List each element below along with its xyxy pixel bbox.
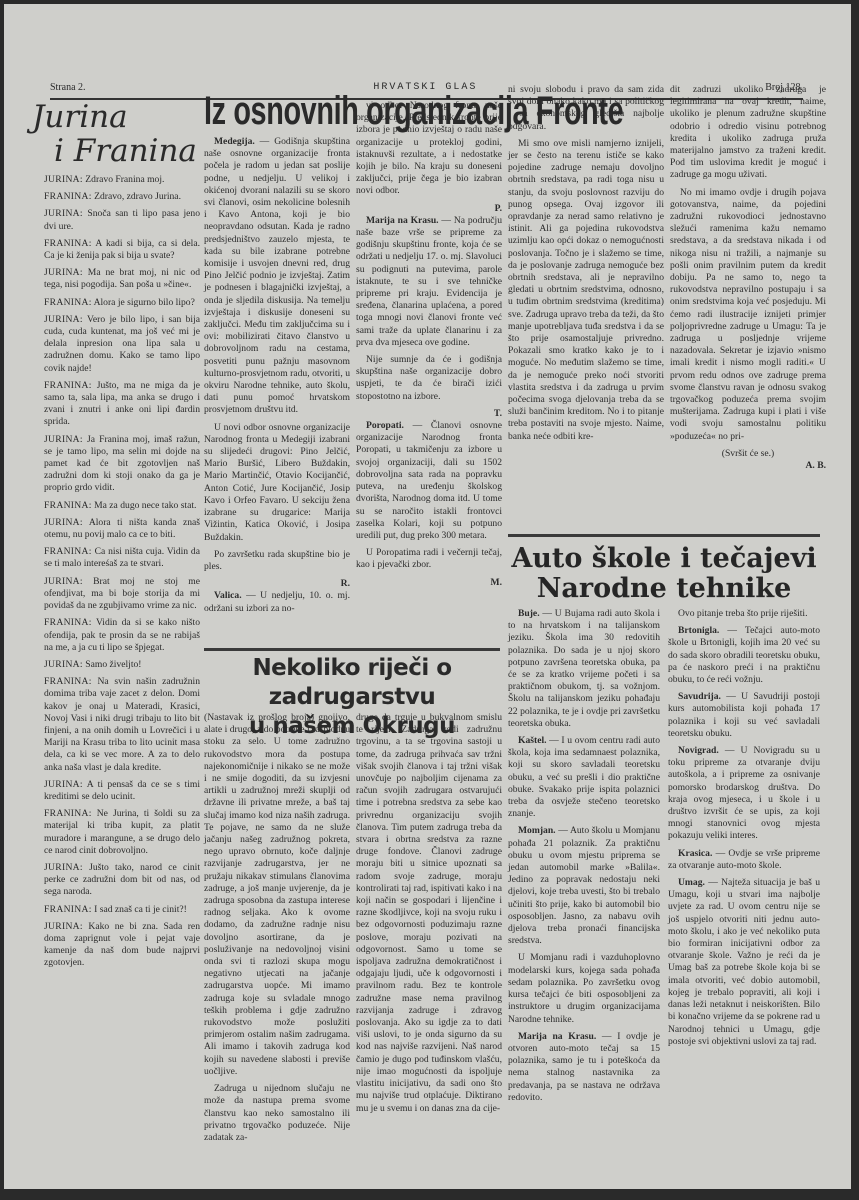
jurina-title-line1: Jurina xyxy=(32,100,200,134)
speaker-name: JURINA: xyxy=(44,208,83,219)
dialogue-line: JURINA: Zdravo Franina moj. xyxy=(32,174,200,186)
speaker-name: FRANINA: xyxy=(44,904,92,915)
item-text: Nije sumnje da će i godišnja skupština n… xyxy=(356,354,502,402)
paragraph: No mi imamo ovdje i drugih pojava gotova… xyxy=(670,187,826,443)
item-text: — Najteža situacija je baš u Umagu, koji… xyxy=(668,877,820,1047)
place-name: Poropati. xyxy=(366,420,404,431)
news-item: U Poropatima radi i večernji tečaj, kao … xyxy=(356,547,502,571)
item-text: vi odbor Narodnog fronta naše organizaci… xyxy=(356,100,502,196)
dialogue-text: Ma za dugo nece tako stat. xyxy=(92,500,197,511)
paragraph: (Nastavak iz prošlog broja) gnojivo, ala… xyxy=(204,712,350,1078)
auto-col2: Ovo pitanje treba što prije riješiti.Brt… xyxy=(668,608,820,1053)
speaker-name: JURINA: xyxy=(44,659,83,670)
dialogue-text: Alora je sigurno bilo lipo? xyxy=(92,297,195,308)
dialogue-line: FRANINA: Jušto, ma ne miga da je samo ta… xyxy=(32,380,200,429)
item-text: Ovo pitanje treba što prije riješiti. xyxy=(678,608,807,619)
dialogue-line: FRANINA: Ma za dugo nece tako stat. xyxy=(32,500,200,512)
dialogue-line: JURINA: Ma ne brat moj, ni nic od tega, … xyxy=(32,267,200,291)
news-item: Marija na Krasu. — I ovdje je otvoren au… xyxy=(508,1031,660,1104)
paragraph: Zadruga u nijednom slučaju ne može da na… xyxy=(204,1083,350,1144)
page-number: Strana 2. xyxy=(50,82,86,98)
paragraph: druge da trguje u bukvalnom smislu te ri… xyxy=(356,712,502,1115)
dialogue-text: Samo živeljto! xyxy=(83,659,142,670)
news-item: U novi odbor osnovne organizacije Narodn… xyxy=(204,422,350,544)
speaker-name: FRANINA: xyxy=(44,808,92,819)
item-text: — U Bujama radi auto škola i to na hrvat… xyxy=(508,608,660,729)
dialogue-line: JURINA: Brat moj ne stoj me ofendjivat, … xyxy=(32,576,200,613)
auto-title-line2: Narodne tehnike xyxy=(508,574,820,604)
paragraph: dit zadruzi ukoliko zadruga je legitimir… xyxy=(670,84,826,182)
nekoliko-title-line1: Nekoliko riječi o zadrugarstvu xyxy=(202,654,502,712)
speaker-name: FRANINA: xyxy=(44,238,92,249)
news-item: Buje. — U Bujama radi auto škola i to na… xyxy=(508,608,660,730)
news-item: Savudrija. — U Savudriji postoji kurs au… xyxy=(668,691,820,740)
speaker-name: JURINA: xyxy=(44,434,83,445)
place-name: Buje. xyxy=(518,608,540,619)
news-item: Po završetku rada skupštine bio je ples. xyxy=(204,549,350,573)
dialogue-text: Zdravo Franina moj. xyxy=(83,174,165,185)
item-text: — Na području naše baze vrše se pripreme… xyxy=(356,215,502,348)
jurina-title-line2: i Franina xyxy=(32,134,200,168)
zadruge-cont-col1: ni svoju slobodu i pravo da sam zida svo… xyxy=(508,84,664,448)
news-item: vi odbor Narodnog fronta naše organizaci… xyxy=(356,100,502,198)
speaker-name: JURINA: xyxy=(44,314,83,325)
item-signature: T. xyxy=(356,408,502,420)
news-item: Novigrad. — U Novigradu su u toku pripre… xyxy=(668,745,820,843)
paragraph: ni svoju slobodu i pravo da sam zida svo… xyxy=(508,84,664,133)
jurina-franina-article: Jurina i Franina JURINA: Zdravo Franina … xyxy=(32,100,200,975)
place-name: Savudrija. xyxy=(678,691,721,702)
dialogue-text: Na svin našin zadružnin domima triba vaj… xyxy=(44,676,200,772)
speaker-name: FRANINA: xyxy=(44,191,92,202)
item-text: — I u ovom centru radi auto škola, koja … xyxy=(508,735,660,819)
speaker-name: JURINA: xyxy=(44,174,83,185)
item-text: U Momjanu radi i vazduhoplovno modelarsk… xyxy=(508,952,660,1024)
dialogue-line: JURINA: Samo živeljto! xyxy=(32,659,200,671)
news-item: Brtonigla. — Tečajci auto-moto škole u B… xyxy=(668,625,820,686)
item-text: — U Novigradu su u toku pripreme za otva… xyxy=(668,745,820,841)
dialogue-line: JURINA: Kako ne bi zna. Sada ren doma za… xyxy=(32,921,200,970)
item-text: — Godišnja skupština naše osnovne organi… xyxy=(204,136,350,415)
item-text: U Poropatima radi i večernji tečaj, kao … xyxy=(356,547,502,570)
item-signature: P. xyxy=(356,203,502,215)
dialogue-line: FRANINA: Zdravo, zdravo Jurina. xyxy=(32,191,200,203)
dialogue-line: JURINA: A ti pensaš da ce se s timi kred… xyxy=(32,779,200,803)
dialogue-line: JURINA: Alora ti ništa kanda znaš otemu,… xyxy=(32,517,200,541)
news-item: Valica. — U nedjelju, 10. o. mj. održani… xyxy=(204,590,350,614)
dialogue-line: FRANINA: A kadi si bija, ca si dela. Ca … xyxy=(32,238,200,262)
newspaper-page: Strana 2. HRVATSKI GLAS Broj 128. Jurina… xyxy=(4,4,851,1189)
dialogue-text: I sad znaš ca ti je cinit?! xyxy=(92,904,187,915)
place-name: Umag. xyxy=(678,877,705,888)
zadruge-cont-col2: dit zadruzi ukoliko zadruga je legitimir… xyxy=(670,84,826,472)
news-item: Ovo pitanje treba što prije riješiti. xyxy=(668,608,820,620)
speaker-name: FRANINA: xyxy=(44,617,92,628)
item-text: — Članovi osnovne organizacije Narodnog … xyxy=(356,420,502,541)
news-item: Kaštel. — I u ovom centru radi auto škol… xyxy=(508,735,660,820)
auto-title-line1: Auto škole i tečajevi xyxy=(508,544,820,574)
item-text: Po završetku rada skupštine bio je ples. xyxy=(204,549,350,572)
news-item: Krasica. — Ovdje se vrše pripreme za otv… xyxy=(668,848,820,872)
news-item: Nije sumnje da će i godišnja skupština n… xyxy=(356,354,502,403)
dialogue-line: FRANINA: I sad znaš ca ti je cinit?! xyxy=(32,904,200,916)
dialogue-line: FRANINA: Ne Jurina, ti šoldi su za mater… xyxy=(32,808,200,857)
place-name: Momjan. xyxy=(518,825,556,836)
place-name: Marija na Krasu. xyxy=(518,1031,596,1042)
speaker-name: FRANINA: xyxy=(44,676,92,687)
place-name: Valica. xyxy=(214,590,242,601)
author-signature: A. B. xyxy=(670,460,826,472)
dialogue-line: JURINA: Snoča san ti lipo pasa jeno dvi … xyxy=(32,208,200,232)
dialogue-line: FRANINA: Na svin našin zadružnin domima … xyxy=(32,676,200,774)
news-item: U Momjanu radi i vazduhoplovno modelarsk… xyxy=(508,952,660,1025)
place-name: Kaštel. xyxy=(518,735,547,746)
divider-rule xyxy=(204,648,500,651)
speaker-name: FRANINA: xyxy=(44,297,92,308)
place-name: Medegija. xyxy=(214,136,255,147)
dialogue-line: JURINA: Jušto tako, narod ce cinit perke… xyxy=(32,862,200,899)
speaker-name: JURINA: xyxy=(44,921,83,932)
speaker-name: JURINA: xyxy=(44,517,83,528)
paragraph: Mi smo ove misli namjerno iznijeli, jer … xyxy=(508,138,664,443)
item-text: — Auto školu u Momjanu pohađa 21 polazni… xyxy=(508,825,660,946)
speaker-name: FRANINA: xyxy=(44,546,92,557)
dialogue-line: JURINA: Ja Franina moj, imaš ražun, se j… xyxy=(32,434,200,495)
news-item: Momjan. — Auto školu u Momjanu pohađa 21… xyxy=(508,825,660,947)
auto-col1: Buje. — U Bujama radi auto škola i to na… xyxy=(508,608,660,1109)
speaker-name: JURINA: xyxy=(44,779,83,790)
place-name: Novigrad. xyxy=(678,745,719,756)
fronte-col2: vi odbor Narodnog fronta naše organizaci… xyxy=(356,100,502,589)
news-item: Marija na Krasu. — Na području naše baze… xyxy=(356,215,502,349)
nekoliko-col2: druge da trguje u bukvalnom smislu te ri… xyxy=(356,712,502,1120)
item-signature: R. xyxy=(204,578,350,590)
speaker-name: FRANINA: xyxy=(44,500,92,511)
item-text: U novi odbor osnovne organizacije Narodn… xyxy=(204,422,350,543)
speaker-name: JURINA: xyxy=(44,576,83,587)
place-name: Krasica. xyxy=(678,848,712,859)
dialogue-line: FRANINA: Ca nisi ništa cuja. Vidin da se… xyxy=(32,546,200,570)
nekoliko-col1: (Nastavak iz prošlog broja) gnojivo, ala… xyxy=(204,712,350,1149)
speaker-name: JURINA: xyxy=(44,267,83,278)
place-name: Brtonigla. xyxy=(678,625,719,636)
speaker-name: JURINA: xyxy=(44,862,83,873)
news-item: Medegija. — Godišnja skupština naše osno… xyxy=(204,136,350,417)
item-signature: M. xyxy=(356,577,502,589)
fronte-col1: Medegija. — Godišnja skupština naše osno… xyxy=(204,136,350,620)
divider-rule xyxy=(508,534,820,537)
continuation-note: (Svršit će se.) xyxy=(670,448,826,460)
place-name: Marija na Krasu. xyxy=(366,215,439,226)
speaker-name: FRANINA: xyxy=(44,380,92,391)
dialogue-list: JURINA: Zdravo Franina moj.FRANINA: Zdra… xyxy=(32,174,200,970)
news-item: Umag. — Najteža situacija je baš u Umagu… xyxy=(668,877,820,1048)
dialogue-line: FRANINA: Alora je sigurno bilo lipo? xyxy=(32,297,200,309)
dialogue-line: JURINA: Vero je bilo lipo, i san bija cu… xyxy=(32,314,200,375)
dialogue-line: FRANINA: Vidin da si se kako ništo ofend… xyxy=(32,617,200,654)
auto-title-block: Auto škole i tečajevi Narodne tehnike xyxy=(508,544,820,604)
news-item: Poropati. — Članovi osnovne organizacije… xyxy=(356,420,502,542)
dialogue-text: Zdravo, zdravo Jurina. xyxy=(92,191,181,202)
